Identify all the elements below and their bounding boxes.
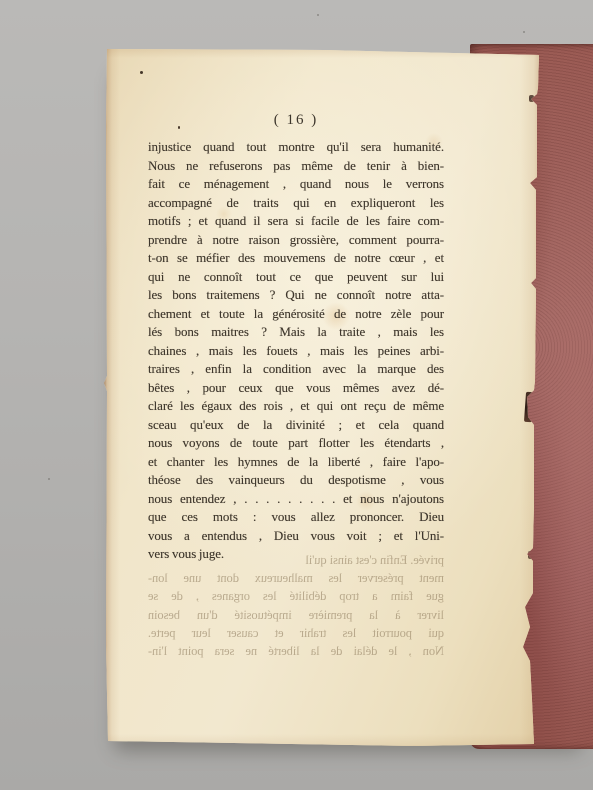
dust-speck	[523, 31, 525, 33]
text-line: lés bons maitres ? Mais la traite , mais…	[148, 323, 444, 342]
text-line: injustice quand tout montre qu'il sera h…	[148, 138, 444, 157]
text-line: et chanter les hymnes de la liberté , fa…	[148, 453, 444, 472]
text-line: accompagné de traits qui en expliqueront…	[148, 194, 444, 213]
showthrough-line: Non , le délai de la liberté ne sera poi…	[148, 642, 444, 660]
text-line: nous voyons de toute part flotter les ét…	[148, 434, 444, 453]
text-line: vous a entendus , Dieu vous voit ; et l'…	[148, 527, 444, 546]
text-line: chement et toute la générosité de notre …	[148, 305, 444, 324]
page-text: injustice quand tout montre qu'il sera h…	[148, 138, 444, 564]
showthrough-line: privée. Enfin c'est ainsi qu'il	[148, 551, 444, 569]
text-line: bêtes , pour ceux que vous mêmes avez dé…	[148, 379, 444, 398]
ink-speck	[178, 126, 180, 129]
text-line: que ces mots : vous allez prononcer. Die…	[148, 508, 444, 527]
text-line: claré les égaux des rois , et qui ont re…	[148, 397, 444, 416]
text-line: motifs ; et quand il sera si facile de l…	[148, 212, 444, 231]
text-line: chaines , mais les fouets , mais les pei…	[148, 342, 444, 361]
text-line: sceau qu'eux de la divinité ; et cela qu…	[148, 416, 444, 435]
text-line: t-on se méfier des mouvemens de notre cœ…	[148, 249, 444, 268]
book-page: ( 16 ) injustice quand tout montre qu'il…	[104, 46, 540, 748]
text-line: les bons traitemens ? Qui ne connoît not…	[148, 286, 444, 305]
showthrough-line: gue faim a trop débilité les organes , d…	[148, 587, 444, 605]
text-line: qui ne connoît tout ce que peuvent sur l…	[148, 268, 444, 287]
showthrough-text: privée. Enfin c'est ainsi qu'ilment prés…	[148, 551, 444, 660]
showthrough-line: ment préserver les malheureux dont une l…	[148, 569, 444, 587]
dust-speck	[48, 478, 50, 480]
ink-speck	[140, 71, 143, 74]
text-line: prendre à notre raison grossière, commen…	[148, 231, 444, 250]
showthrough-line: qui pourroit les trahir et causer leur p…	[148, 624, 444, 642]
dust-speck	[317, 14, 319, 16]
text-line: nous entendez , . . . . . . . . . et nou…	[148, 490, 444, 509]
text-line: théose des vainqueurs du despotisme , vo…	[148, 471, 444, 490]
text-line: fait ce ménagement , quand nous le verro…	[148, 175, 444, 194]
text-line: traires , enfin la condition avec la mar…	[148, 360, 444, 379]
page-number: ( 16 )	[274, 112, 319, 129]
text-line: Nous ne refuserons pas même de tenir à b…	[148, 157, 444, 176]
showthrough-line: livrer à la première impétuosité d'un be…	[148, 606, 444, 624]
book-photograph: ( 16 ) injustice quand tout montre qu'il…	[0, 0, 593, 790]
